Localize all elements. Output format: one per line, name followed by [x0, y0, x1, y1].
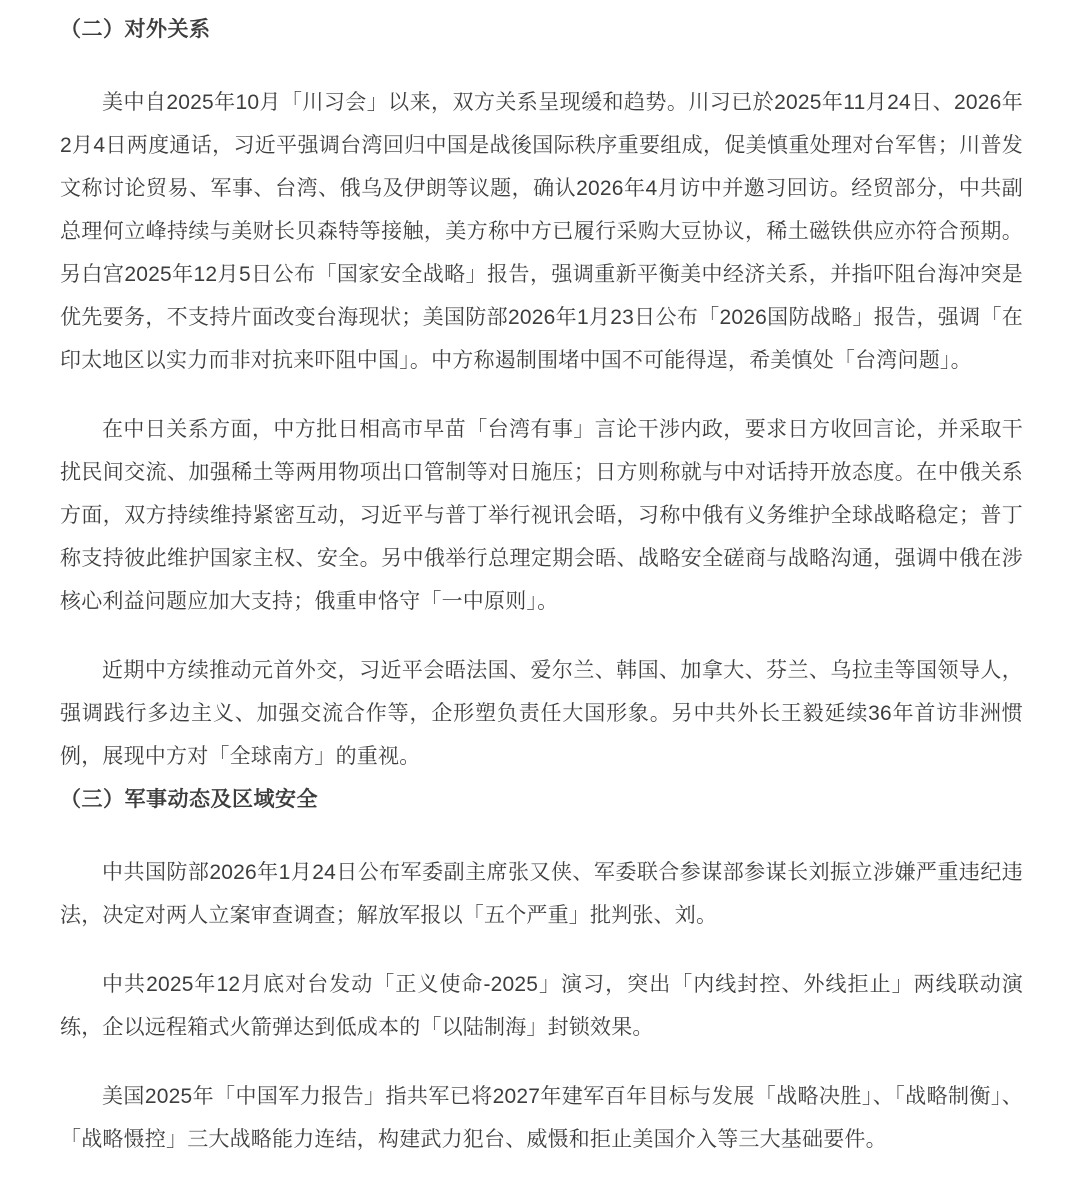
- paragraph-cmc-investigation: 中共国防部2026年1月24日公布军委副主席张又侠、军委联合参谋部参谋长刘振立涉…: [60, 851, 1023, 937]
- paragraph-justice-mission-exercise: 中共2025年12月底对台发动「正义使命-2025」演习，突出「内线封控、外线拒…: [60, 963, 1023, 1049]
- paragraph-us-china-relations: 美中自2025年10月「川习会」以来，双方关系呈现缓和趋势。川习已於2025年1…: [60, 81, 1023, 382]
- paragraph-japan-russia-relations: 在中日关系方面，中方批日相高市早苗「台湾有事」言论干涉内政，要求日方收回言论，并…: [60, 408, 1023, 623]
- report-document: （二）对外关系 美中自2025年10月「川习会」以来，双方关系呈现缓和趋势。川习…: [0, 0, 1083, 1181]
- section-foreign-relations: （二）对外关系 美中自2025年10月「川习会」以来，双方关系呈现缓和趋势。川习…: [60, 8, 1023, 778]
- section-heading-military-dynamics: （三）军事动态及区域安全: [60, 778, 1023, 821]
- section-military-dynamics: （三）军事动态及区域安全 中共国防部2026年1月24日公布军委副主席张又侠、军…: [60, 778, 1023, 1161]
- section-heading-foreign-relations: （二）对外关系: [60, 8, 1023, 51]
- paragraph-head-of-state-diplomacy: 近期中方续推动元首外交，习近平会晤法国、爱尔兰、韩国、加拿大、芬兰、乌拉圭等国领…: [60, 649, 1023, 778]
- paragraph-us-china-military-report: 美国2025年「中国军力报告」指共军已将2027年建军百年目标与发展「战略决胜」…: [60, 1075, 1023, 1161]
